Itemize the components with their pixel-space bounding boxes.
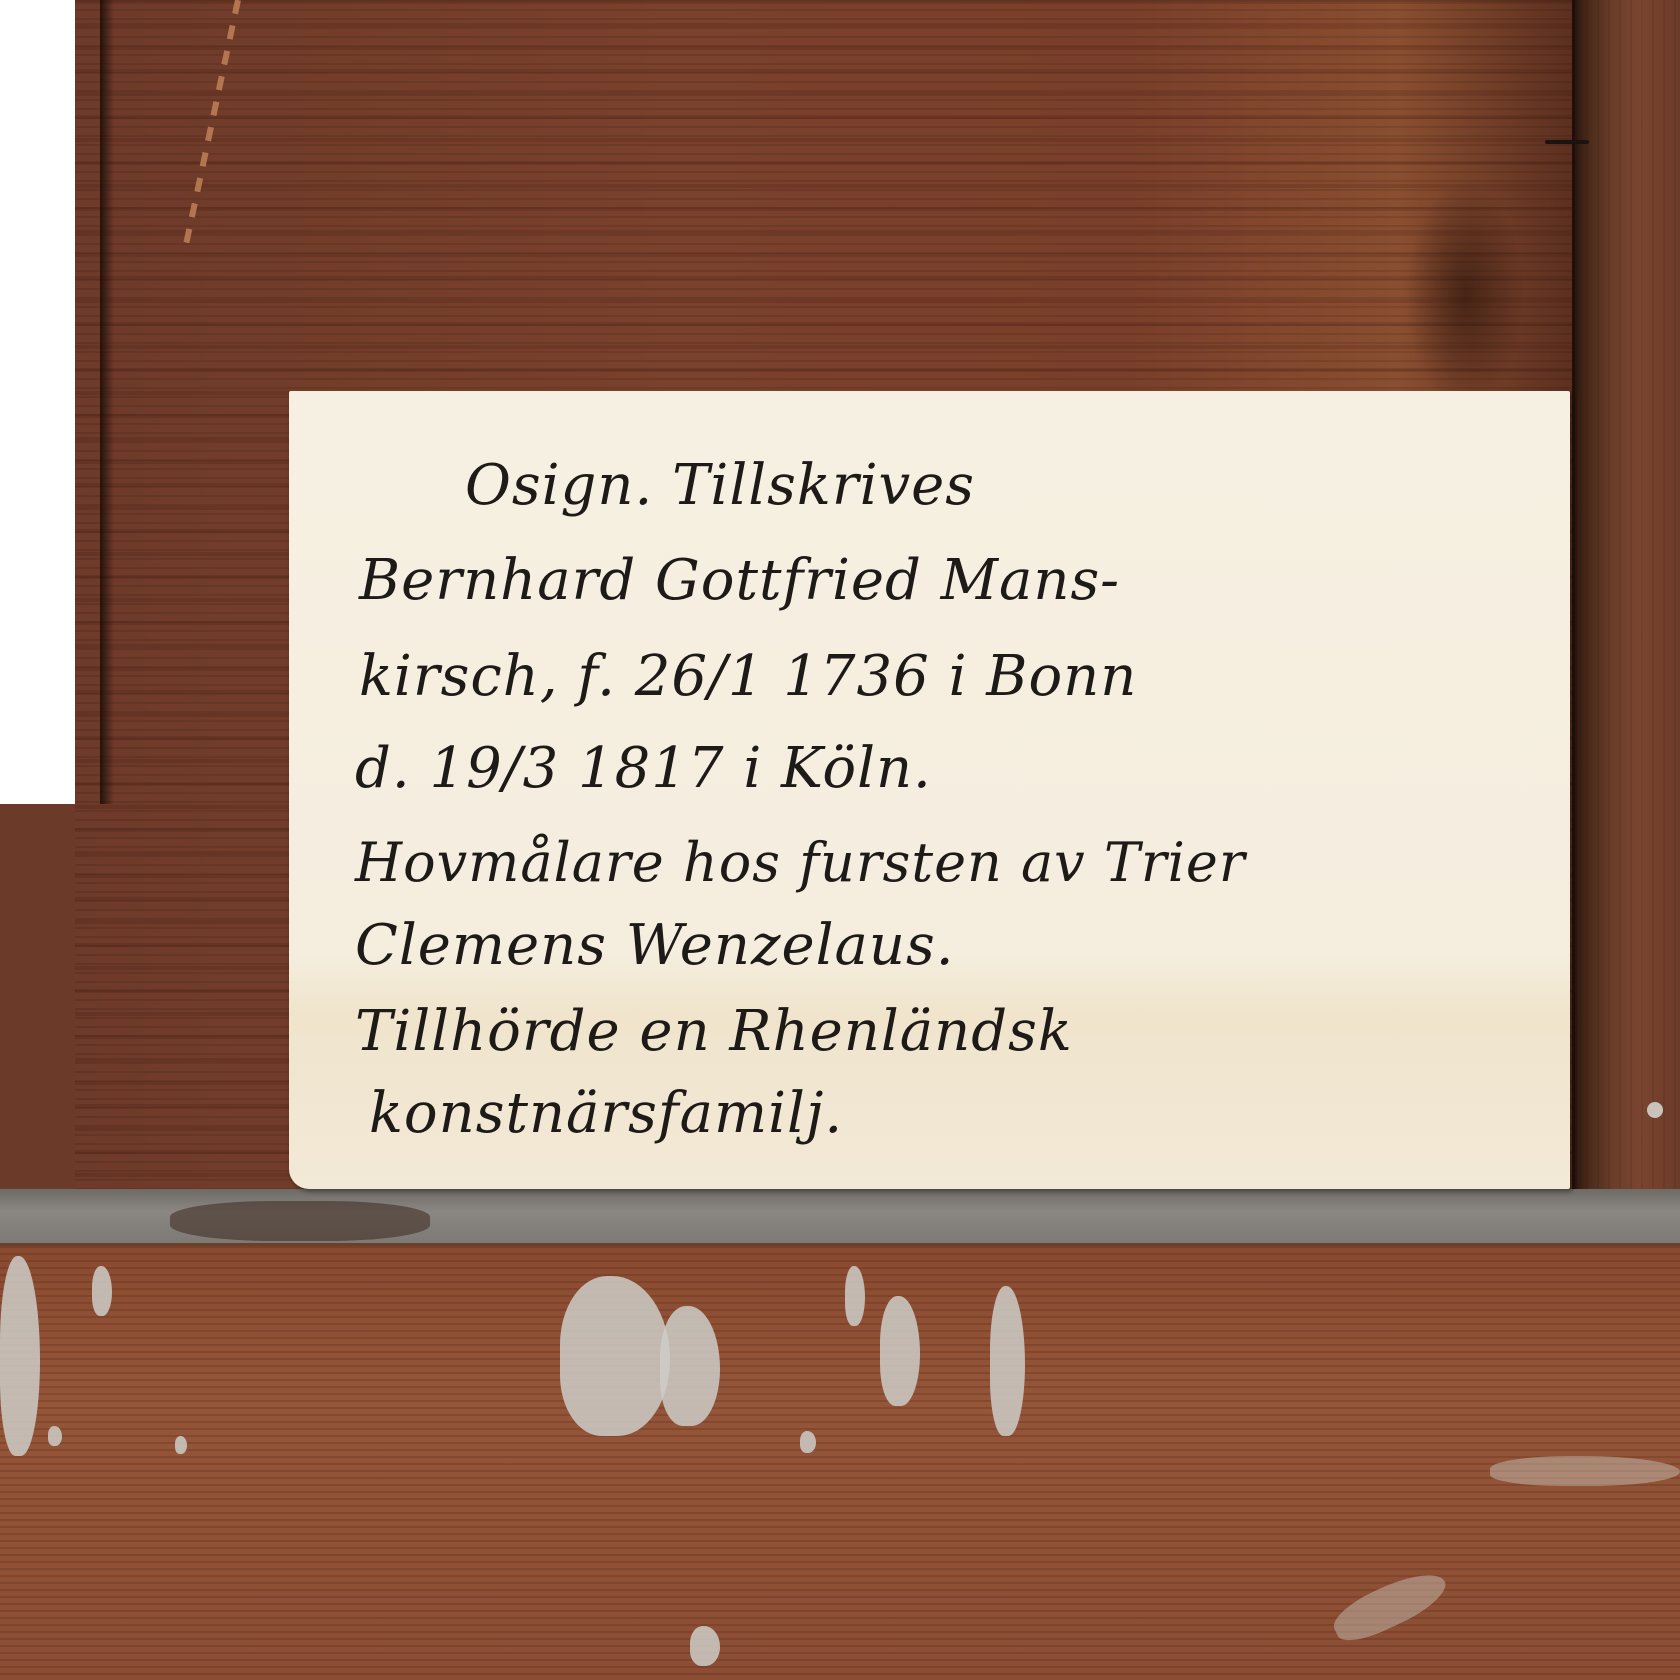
frame-edge-shadow <box>100 0 114 804</box>
label-line-8: konstnärsfamilj. <box>369 1081 843 1146</box>
paint-splotch <box>560 1276 670 1436</box>
label-line-7: Tillhörde en Rhenländsk <box>355 999 1073 1064</box>
paint-splotch <box>1327 1563 1453 1650</box>
lower-wood-board <box>0 1243 1680 1680</box>
label-line-5: Hovmålare hos fursten av Trier <box>355 831 1246 894</box>
label-line-3: kirsch, f. 26/1 1736 i Bonn <box>359 644 1137 709</box>
paint-splotch <box>1490 1456 1680 1486</box>
paint-splotch <box>660 1306 720 1426</box>
paint-splotch <box>0 1256 40 1456</box>
paint-splotch <box>880 1296 920 1406</box>
paint-splotch <box>800 1431 816 1453</box>
paint-splotch <box>690 1626 720 1666</box>
paint-splotch <box>845 1266 865 1326</box>
provenance-label: Osign. Tillskrives Bernhard Gottfried Ma… <box>289 391 1570 1189</box>
label-line-1: Osign. Tillskrives <box>465 453 975 518</box>
wood-grain-streak <box>183 0 241 245</box>
paint-splotch <box>990 1286 1025 1436</box>
right-frame-rail <box>1572 0 1680 1232</box>
paint-spot <box>1647 1102 1663 1118</box>
paint-splotch <box>92 1266 112 1316</box>
handwritten-text: Osign. Tillskrives Bernhard Gottfried Ma… <box>289 391 1570 1189</box>
dark-wood-stain <box>1405 180 1525 410</box>
paint-splotch <box>48 1426 62 1446</box>
gray-gap-strip <box>0 1189 1680 1245</box>
label-line-4: d. 19/3 1817 i Köln. <box>355 736 932 801</box>
label-line-6: Clemens Wenzelaus. <box>355 913 955 978</box>
label-line-2: Bernhard Gottfried Mans- <box>359 548 1120 613</box>
nail-icon <box>1545 140 1589 144</box>
paint-splotch <box>175 1436 187 1454</box>
dark-stain <box>170 1201 430 1241</box>
